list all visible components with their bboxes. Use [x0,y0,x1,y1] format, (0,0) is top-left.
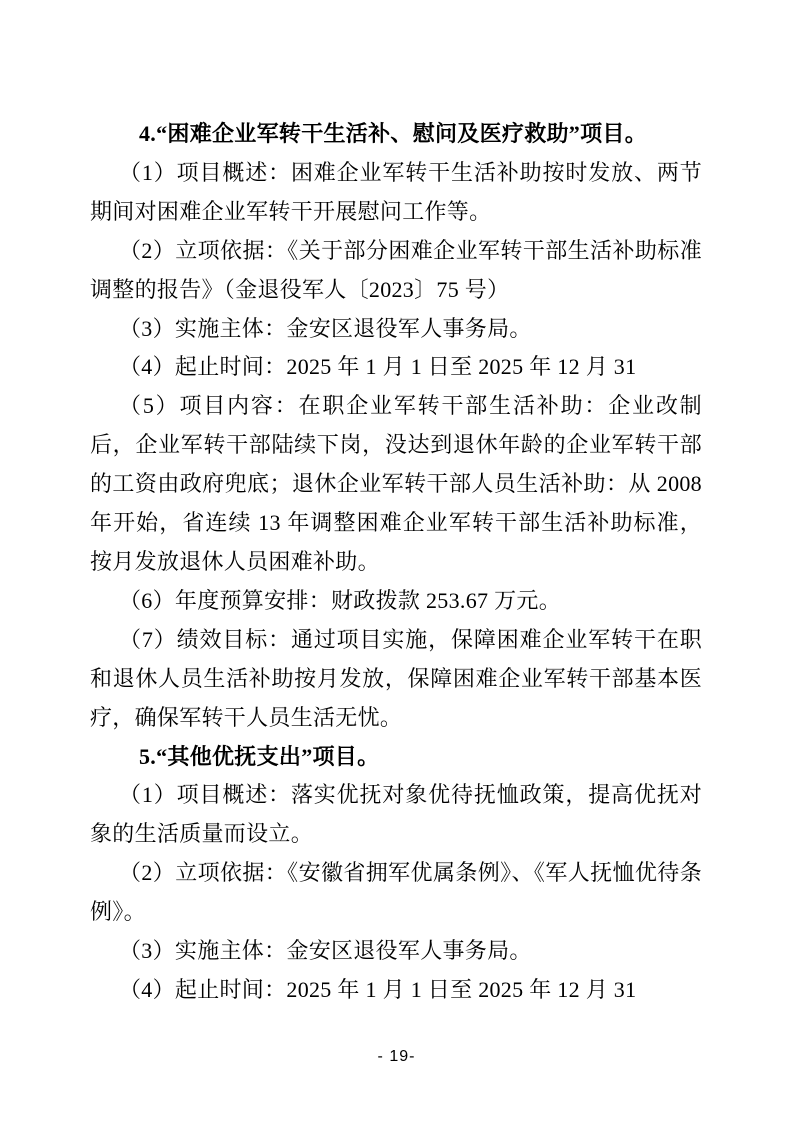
section-4-item-1-project-overview: （1）项目概述：困难企业军转干生活补助按时发放、两节期间对困难企业军转干开展慰问… [90,154,702,232]
section-4-item-6-annual-budget: （6）年度预算安排：财政拨款 253.67 万元。 [90,582,702,621]
section-5-item-3-implementing-body: （3）实施主体：金安区退役军人事务局。 [90,932,702,971]
document-page: 4.“困难企业军转干生活补、慰问及医疗救助”项目。 （1）项目概述：困难企业军转… [0,0,793,1122]
section-4-item-7-performance-goal: （7）绩效目标：通过项目实施，保障困难企业军转干在职和退休人员生活补助按月发放，… [90,621,702,738]
section-5-item-2-approval-basis: （2）立项依据：《安徽省拥军优属条例》、《军人抚恤优待条例》。 [90,854,702,932]
section-5-item-1-project-overview: （1）项目概述：落实优抚对象优待抚恤政策，提高优抚对象的生活质量而设立。 [90,776,702,854]
document-body: 4.“困难企业军转干生活补、慰问及医疗救助”项目。 （1）项目概述：困难企业军转… [90,115,702,1010]
section-4-item-3-implementing-body: （3）实施主体：金安区退役军人事务局。 [90,310,702,349]
page-number: - 19- [378,1048,416,1065]
section-4-item-4-time-period: （4）起止时间：2025 年 1 月 1 日至 2025 年 12 月 31 [90,348,702,387]
section-4-item-5-project-content: （5）项目内容：在职企业军转干部生活补助：企业改制后，企业军转干部陆续下岗，没达… [90,387,702,582]
section-4-item-2-approval-basis: （2）立项依据：《关于部分困难企业军转干部生活补助标准调整的报告》（金退役军人〔… [90,232,702,310]
page-footer: - 19- [0,1048,793,1066]
section-5-heading: 5.“其他优抚支出”项目。 [90,738,702,777]
section-5-item-4-time-period: （4）起止时间：2025 年 1 月 1 日至 2025 年 12 月 31 [90,971,702,1010]
section-4-heading: 4.“困难企业军转干生活补、慰问及医疗救助”项目。 [90,115,702,154]
